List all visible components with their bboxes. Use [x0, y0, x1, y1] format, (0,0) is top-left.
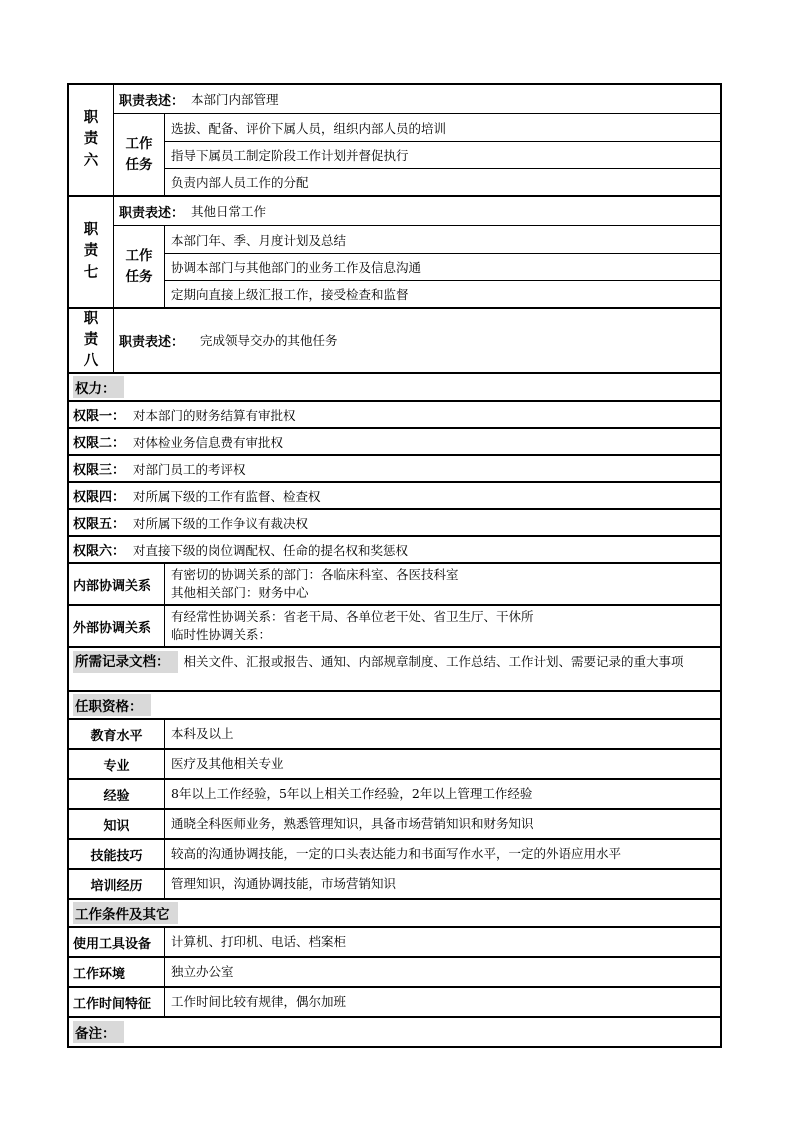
authority-header: 权力： — [73, 376, 124, 398]
task-item: 本部门年、季、月度计划及总结 — [165, 226, 720, 253]
statement-text: 本部门内部管理 — [191, 90, 279, 108]
duty-eight-content: 职责表述： 完成领导交办的其他任务 — [114, 309, 720, 372]
work-conditions-header: 工作条件及其它 — [73, 902, 178, 924]
coordination-line: 有经常性协调关系：省老干局、各单位老干处、省卫生厅、干休所 — [171, 608, 716, 626]
authority-row: 权限二： 对体检业务信息费有审批权 — [69, 427, 720, 454]
duty-six-tasks: 工作任务 选拔、配备、评价下属人员，组织内部人员的培训 指导下属员工制定阶段工作… — [114, 113, 720, 195]
qualification-row: 专业 医疗及其他相关专业 — [69, 748, 720, 778]
qualification-row: 技能技巧 较高的沟通协调技能，一定的口头表达能力和书面写作水平，一定的外语应用水… — [69, 838, 720, 868]
qualification-text: 本科及以上 — [171, 725, 716, 743]
qualifications-header-row: 任职资格： — [69, 690, 720, 718]
work-condition-row: 工作时间特征 工作时间比较有规律，偶尔加班 — [69, 986, 720, 1016]
work-condition-text: 工作时间比较有规律，偶尔加班 — [171, 993, 716, 1011]
work-condition-value: 独立办公室 — [165, 958, 720, 986]
qualification-row: 知识 通晓全科医师业务，熟悉管理知识，具备市场营销知识和财务知识 — [69, 808, 720, 838]
authority-row: 权限六： 对直接下级的岗位调配权、任命的提名权和奖惩权 — [69, 535, 720, 562]
task-column: 选拔、配备、评价下属人员，组织内部人员的培训 指导下属员工制定阶段工作计划并督促… — [165, 114, 720, 195]
duty-seven-statement-row: 职责表述： 其他日常工作 — [114, 197, 720, 225]
authority-text: 对体检业务信息费有审批权 — [133, 433, 283, 451]
duty-seven-tasks: 工作任务 本部门年、季、月度计划及总结 协调本部门与其他部门的业务工作及信息沟通… — [114, 225, 720, 307]
qualification-row: 培训经历 管理知识，沟通协调技能，市场营销知识 — [69, 868, 720, 898]
internal-coordination-label: 内部协调关系 — [69, 564, 165, 604]
coordination-line: 临时性协调关系： — [171, 626, 716, 644]
qualification-label: 技能技巧 — [69, 840, 165, 868]
qualification-label: 教育水平 — [69, 720, 165, 748]
authority-text: 对所属下级的工作争议有裁决权 — [133, 514, 308, 532]
work-condition-label: 工作时间特征 — [69, 988, 165, 1016]
duty-seven-content: 职责表述： 其他日常工作 工作任务 本部门年、季、月度计划及总结 协调本部门与其… — [114, 197, 720, 307]
statement-label: 职责表述： — [119, 331, 184, 350]
authority-label: 权限六： — [73, 540, 125, 559]
duty-six-label: 职责六 — [83, 108, 100, 171]
authority-row: 权限三： 对部门员工的考评权 — [69, 454, 720, 481]
records-text: 相关文件、汇报或报告、通知、内部规章制度、工作总结、工作计划、需要记录的重大事项 — [184, 654, 684, 669]
task-label-cell: 工作任务 — [114, 226, 165, 307]
external-coordination-value: 有经常性协调关系：省老干局、各单位老干处、省卫生厅、干休所 临时性协调关系： — [165, 606, 720, 646]
records-row: 所需记录文档：相关文件、汇报或报告、通知、内部规章制度、工作总结、工作计划、需要… — [69, 646, 720, 690]
work-conditions-header-row: 工作条件及其它 — [69, 898, 720, 926]
task-label-cell: 工作任务 — [114, 114, 165, 195]
qualification-text: 8年以上工作经验，5年以上相关工作经验，2年以上管理工作经验 — [171, 785, 716, 803]
internal-coordination-row: 内部协调关系 有密切的协调关系的部门：各临床科室、各医技科室 其他相关部门：财务… — [69, 562, 720, 604]
work-condition-row: 工作环境 独立办公室 — [69, 956, 720, 986]
task-item: 指导下属员工制定阶段工作计划并督促执行 — [165, 141, 720, 168]
records-label: 所需记录文档： — [73, 651, 178, 673]
authority-label: 权限二： — [73, 432, 125, 451]
work-condition-value: 工作时间比较有规律，偶尔加班 — [165, 988, 720, 1016]
qualification-value: 本科及以上 — [165, 720, 720, 748]
coordination-line: 其他相关部门：财务中心 — [171, 584, 716, 602]
qualification-text: 通晓全科医师业务，熟悉管理知识，具备市场营销知识和财务知识 — [171, 815, 716, 833]
work-condition-label: 工作环境 — [69, 958, 165, 986]
duty-eight-section: 职责八 职责表述： 完成领导交办的其他任务 — [69, 307, 720, 372]
duty-eight-statement-row: 职责表述： 完成领导交办的其他任务 — [114, 309, 720, 371]
work-condition-text: 计算机、打印机、电话、档案柜 — [171, 933, 716, 951]
authority-label: 权限五： — [73, 513, 125, 532]
authority-row: 权限五： 对所属下级的工作争议有裁决权 — [69, 508, 720, 535]
authority-label: 权限一： — [73, 405, 125, 424]
statement-text: 完成领导交办的其他任务 — [200, 331, 338, 349]
qualification-label: 专业 — [69, 750, 165, 778]
duty-six-section: 职责六 职责表述： 本部门内部管理 工作任务 选拔、配备、评价下属人员，组织内部… — [69, 85, 720, 195]
qualification-value: 管理知识，沟通协调技能，市场营销知识 — [165, 870, 720, 898]
statement-text: 其他日常工作 — [191, 202, 266, 220]
qualification-row: 经验 8年以上工作经验，5年以上相关工作经验，2年以上管理工作经验 — [69, 778, 720, 808]
work-condition-value: 计算机、打印机、电话、档案柜 — [165, 928, 720, 956]
authority-text: 对直接下级的岗位调配权、任命的提名权和奖惩权 — [133, 541, 408, 559]
authority-label: 权限三： — [73, 459, 125, 478]
statement-label: 职责表述： — [119, 202, 184, 221]
coordination-line: 有密切的协调关系的部门：各临床科室、各医技科室 — [171, 566, 716, 584]
qualification-text: 管理知识，沟通协调技能，市场营销知识 — [171, 875, 716, 893]
qualification-text: 较高的沟通协调技能，一定的口头表达能力和书面写作水平，一定的外语应用水平 — [171, 845, 716, 863]
task-label: 工作任务 — [123, 134, 154, 175]
qualification-value: 较高的沟通协调技能，一定的口头表达能力和书面写作水平，一定的外语应用水平 — [165, 840, 720, 868]
duty-seven-section: 职责七 职责表述： 其他日常工作 工作任务 本部门年、季、月度计划及总结 协调本… — [69, 195, 720, 307]
authority-header-row: 权力： — [69, 372, 720, 400]
remarks-row: 备注： — [69, 1016, 720, 1046]
duty-six-statement-row: 职责表述： 本部门内部管理 — [114, 85, 720, 113]
authority-row: 权限一： 对本部门的财务结算有审批权 — [69, 400, 720, 427]
external-coordination-label: 外部协调关系 — [69, 606, 165, 646]
authority-text: 对部门员工的考评权 — [133, 460, 246, 478]
internal-coordination-value: 有密切的协调关系的部门：各临床科室、各医技科室 其他相关部门：财务中心 — [165, 564, 720, 604]
job-description-table: 职责六 职责表述： 本部门内部管理 工作任务 选拔、配备、评价下属人员，组织内部… — [67, 83, 722, 1048]
work-condition-row: 使用工具设备 计算机、打印机、电话、档案柜 — [69, 926, 720, 956]
document-page: 职责六 职责表述： 本部门内部管理 工作任务 选拔、配备、评价下属人员，组织内部… — [0, 0, 793, 1122]
remarks-header: 备注： — [73, 1021, 124, 1043]
qualification-label: 经验 — [69, 780, 165, 808]
duty-eight-id-cell: 职责八 — [69, 309, 114, 372]
authority-text: 对本部门的财务结算有审批权 — [133, 406, 296, 424]
duty-seven-label: 职责七 — [83, 220, 100, 283]
qualification-value: 通晓全科医师业务，熟悉管理知识，具备市场营销知识和财务知识 — [165, 810, 720, 838]
duty-six-content: 职责表述： 本部门内部管理 工作任务 选拔、配备、评价下属人员，组织内部人员的培… — [114, 85, 720, 195]
qualifications-header: 任职资格： — [73, 694, 151, 716]
duty-eight-label: 职责八 — [83, 309, 100, 372]
qualification-label: 培训经历 — [69, 870, 165, 898]
external-coordination-row: 外部协调关系 有经常性协调关系：省老干局、各单位老干处、省卫生厅、干休所 临时性… — [69, 604, 720, 646]
authority-text: 对所属下级的工作有监督、检查权 — [133, 487, 321, 505]
qualification-value: 8年以上工作经验，5年以上相关工作经验，2年以上管理工作经验 — [165, 780, 720, 808]
authority-row: 权限四： 对所属下级的工作有监督、检查权 — [69, 481, 720, 508]
task-item: 协调本部门与其他部门的业务工作及信息沟通 — [165, 253, 720, 280]
task-label: 工作任务 — [123, 246, 154, 287]
authority-label: 权限四： — [73, 486, 125, 505]
task-item: 选拔、配备、评价下属人员，组织内部人员的培训 — [165, 114, 720, 141]
task-column: 本部门年、季、月度计划及总结 协调本部门与其他部门的业务工作及信息沟通 定期向直… — [165, 226, 720, 307]
task-item: 定期向直接上级汇报工作，接受检查和监督 — [165, 280, 720, 307]
duty-six-id-cell: 职责六 — [69, 85, 114, 195]
work-condition-label: 使用工具设备 — [69, 928, 165, 956]
statement-label: 职责表述： — [119, 90, 184, 109]
work-condition-text: 独立办公室 — [171, 963, 716, 981]
qualification-label: 知识 — [69, 810, 165, 838]
duty-seven-id-cell: 职责七 — [69, 197, 114, 307]
qualification-text: 医疗及其他相关专业 — [171, 755, 716, 773]
qualification-row: 教育水平 本科及以上 — [69, 718, 720, 748]
qualification-value: 医疗及其他相关专业 — [165, 750, 720, 778]
task-item: 负责内部人员工作的分配 — [165, 168, 720, 195]
